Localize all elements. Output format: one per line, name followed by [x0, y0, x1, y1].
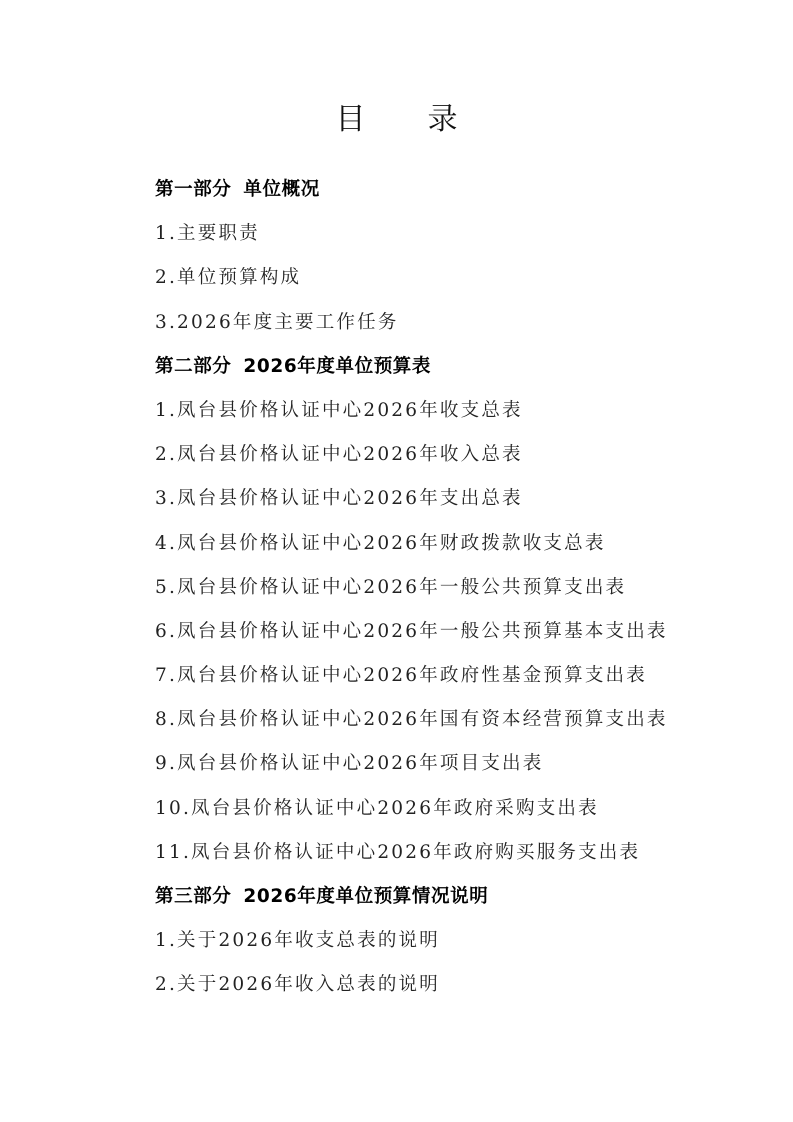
toc-entry[interactable]: 2.单位预算构成	[155, 256, 715, 300]
section-number: 第一部分	[155, 179, 231, 200]
document-page: 目录 第一部分单位概况 1.主要职责 2.单位预算构成 3.2026年度主要工作…	[0, 0, 793, 1122]
toc-entry[interactable]: 6.凤台县价格认证中心2026年一般公共预算基本支出表	[155, 610, 715, 654]
section-number: 第三部分	[155, 886, 231, 907]
toc-entry[interactable]: 4.凤台县价格认证中心2026年财政拨款收支总表	[155, 522, 715, 566]
section-title: 2026年度单位预算情况说明	[243, 886, 488, 907]
toc-entry[interactable]: 1.凤台县价格认证中心2026年收支总表	[155, 389, 715, 433]
toc-entry[interactable]: 7.凤台县价格认证中心2026年政府性基金预算支出表	[155, 654, 715, 698]
toc-entry[interactable]: 10.凤台县价格认证中心2026年政府采购支出表	[155, 787, 715, 831]
toc-entry[interactable]: 3.2026年度主要工作任务	[155, 301, 715, 345]
toc-entry[interactable]: 9.凤台县价格认证中心2026年项目支出表	[155, 742, 715, 786]
section-number: 第二部分	[155, 356, 231, 377]
toc-entry[interactable]: 2.凤台县价格认证中心2026年收入总表	[155, 433, 715, 477]
title-char-2: 录	[428, 100, 458, 140]
toc-entry[interactable]: 2.关于2026年收入总表的说明	[155, 963, 715, 1007]
toc-entry[interactable]: 5.凤台县价格认证中心2026年一般公共预算支出表	[155, 566, 715, 610]
title-char-1: 目	[336, 100, 366, 140]
toc-entry[interactable]: 11.凤台县价格认证中心2026年政府购买服务支出表	[155, 831, 715, 875]
section-title: 2026年度单位预算表	[243, 356, 431, 377]
toc-entry[interactable]: 1.关于2026年收支总表的说明	[155, 919, 715, 963]
toc-entry[interactable]: 3.凤台县价格认证中心2026年支出总表	[155, 477, 715, 521]
page-title: 目录	[0, 100, 793, 140]
section-heading-2[interactable]: 第二部分2026年度单位预算表	[155, 345, 715, 389]
table-of-contents: 第一部分单位概况 1.主要职责 2.单位预算构成 3.2026年度主要工作任务 …	[155, 168, 715, 1008]
section-heading-3[interactable]: 第三部分2026年度单位预算情况说明	[155, 875, 715, 919]
section-heading-1[interactable]: 第一部分单位概况	[155, 168, 715, 212]
section-title: 单位概况	[243, 179, 319, 200]
toc-entry[interactable]: 8.凤台县价格认证中心2026年国有资本经营预算支出表	[155, 698, 715, 742]
toc-entry[interactable]: 1.主要职责	[155, 212, 715, 256]
